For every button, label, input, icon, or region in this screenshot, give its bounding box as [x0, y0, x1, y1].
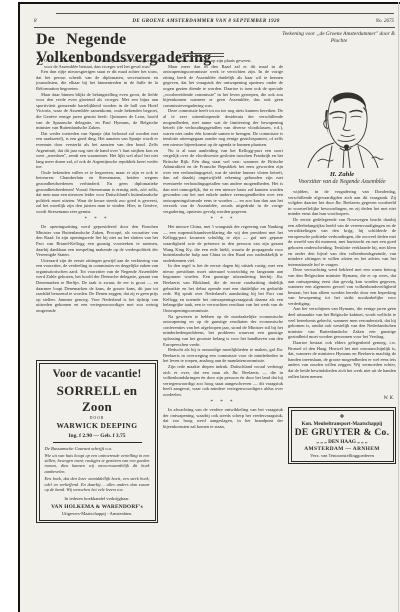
article-paragraph: De openingszitting werd gepresideerd doo…: [36, 224, 158, 258]
scan-edge-top: [18, 2, 400, 4]
article-paragraph: Uiteraard zijn de eerste zittingen gewij…: [36, 258, 158, 314]
header-rule-top: [56, 13, 394, 14]
article-paragraph: Oude bekenden vallen er te begroeten, ma…: [36, 170, 158, 215]
article-paragraph: De eerste gedelegeerde van Noorwegen bra…: [288, 217, 396, 267]
article-paragraph: In den regel is het de eerste dagen bij …: [163, 263, 283, 313]
ad-sorrell-door: DOOR: [45, 416, 150, 420]
header-rule-bottom: [34, 27, 395, 28]
portrait-caption-name: H. Zahle: [288, 171, 396, 178]
ad-sorrell-header: Voor de vacantie!: [45, 368, 150, 380]
article-paragraph: Dat weder toetreden van Spanje (dat belo…: [36, 131, 158, 170]
article-paragraph: Daartoe bestaat ook elders gelegenheid g…: [288, 340, 396, 379]
article-paragraph: Het nieuwe China, met 't vraagstuk der r…: [163, 224, 283, 263]
ad-gruyter-services: Verz. van Tentoonstellinggoederen: [295, 453, 390, 458]
article-paragraph: Aan het verschijnen van Hymans, die eeni…: [288, 306, 396, 340]
ad-gruyter-city: „ „ „ DEN HAAG „ „ „: [295, 439, 390, 445]
article-columns: ZOU het kunnen zijn, dat er werkelijk mi…: [36, 58, 396, 610]
issue-number: No. 2675: [376, 19, 394, 24]
article-paragraph: Maar meer dan in den Raad zal er dit maa…: [163, 64, 283, 109]
column-left: ZOU het kunnen zijn, dat er werkelijk mi…: [36, 58, 158, 610]
column-left-text: ZOU het kunnen zijn, dat er werkelijk mi…: [36, 58, 158, 354]
page-number: 8: [34, 19, 37, 24]
ornament-icon: ❖: [295, 414, 390, 420]
section-separator: * * *: [163, 400, 283, 405]
ad-sorrell-review-2: Een boek, dat den lezer onmiddellijk boe…: [45, 476, 150, 492]
article-paragraph: Nu is al naar aanleiding van het Kellogg…: [163, 148, 283, 215]
article-paragraph: wijdden, in de vergadering van Donderdag…: [288, 189, 396, 217]
article-paragraph: Een dun rijtje nieuwsgierigen staat er d…: [36, 69, 158, 91]
ad-sorrell-author: WARWICK DEEPING: [45, 421, 150, 430]
article-paragraph: Beducht als hij is onnoodige moeilijkhed…: [163, 347, 283, 364]
page-header: 8 DE GROENE AMSTERDAMMER VAN 8 SEPTEMBER…: [34, 16, 394, 26]
article-paragraph: Maar daar binnen blijkt de belangstellin…: [36, 92, 158, 131]
article-paragraph: In afwachting van de verdere ontwikkelin…: [163, 407, 283, 429]
scan-edge-right: [398, 2, 399, 612]
ad-sorrell-publisher: VAN HOLKEMA & WARENDORF's: [45, 504, 150, 510]
ad-gruyter-line1: Kon. Meubeltransport-Maatschappij: [295, 421, 390, 427]
article-paragraph: Deze commissie heeft tot nu toe nog niet…: [163, 108, 283, 147]
article-paragraph: Deze verwachting werd bekleed met een wa…: [288, 267, 396, 306]
article-byline: W. K.: [288, 396, 396, 401]
ad-sorrell-availability: In iederen boekhandel verkrijgbaar.: [45, 496, 150, 501]
column-middle-text: belangen ware wellicht op zijn plaats ge…: [163, 58, 283, 610]
headline-rule: [182, 53, 224, 57]
ad-gruyter-name: DE GRUYTER & Co.: [295, 428, 390, 438]
zahle-portrait-drawing: [288, 84, 395, 168]
section-separator: * * *: [36, 217, 158, 222]
ad-divider: [53, 442, 142, 443]
column-right-text: wijdden, in de vergadering van Donderdag…: [288, 189, 396, 395]
column-right: H. Zahle Voorzitter van de Negende Assem…: [288, 58, 396, 610]
article-paragraph: Zijn rede maakte diepen indruk. Duitschl…: [163, 364, 283, 398]
ad-sorrell-title: SORRELL en Zoon: [45, 383, 150, 415]
ad-sorrell-price: Ing. f 2.90 — Geb. f 3.75: [45, 433, 150, 439]
article-paragraph: ZOU het kunnen zijn, dat er werkelijk mi…: [36, 58, 158, 69]
ad-sorrell-review-intro: De Bussumsche Courant schrijft o.a.: [45, 446, 150, 451]
ad-gruyter: ❖ Kon. Meubeltransport-Maatschappij DE G…: [288, 407, 396, 464]
masthead: DE GROENE AMSTERDAMMER VAN 8 SEPTEMBER 1…: [132, 19, 280, 24]
scan-edge-left: [18, 2, 20, 612]
column-middle: belangen ware wellicht op zijn plaats ge…: [163, 58, 283, 610]
ad-sorrell: Voor de vacantie! SORRELL en Zoon DOOR W…: [36, 360, 158, 523]
ad-sorrell-review-1: Wie uit van huis hoopt op een ontroerend…: [45, 453, 150, 475]
ad-sorrell-publisher-city: Uitgevers-Maatschappij - Amsterdam.: [45, 511, 150, 516]
portrait-caption-title: Voorzitter van de Negende Assemblée: [288, 179, 396, 185]
drawing-credit: Teekening voor „de Groene Amsterdammer''…: [282, 31, 396, 45]
ad-gruyter-cities: AMSTERDAM — ARNHEM: [295, 446, 390, 452]
article-paragraph: Na gewezen te hebben op de noodzakelijke…: [163, 314, 283, 348]
section-separator: * * *: [163, 217, 283, 222]
